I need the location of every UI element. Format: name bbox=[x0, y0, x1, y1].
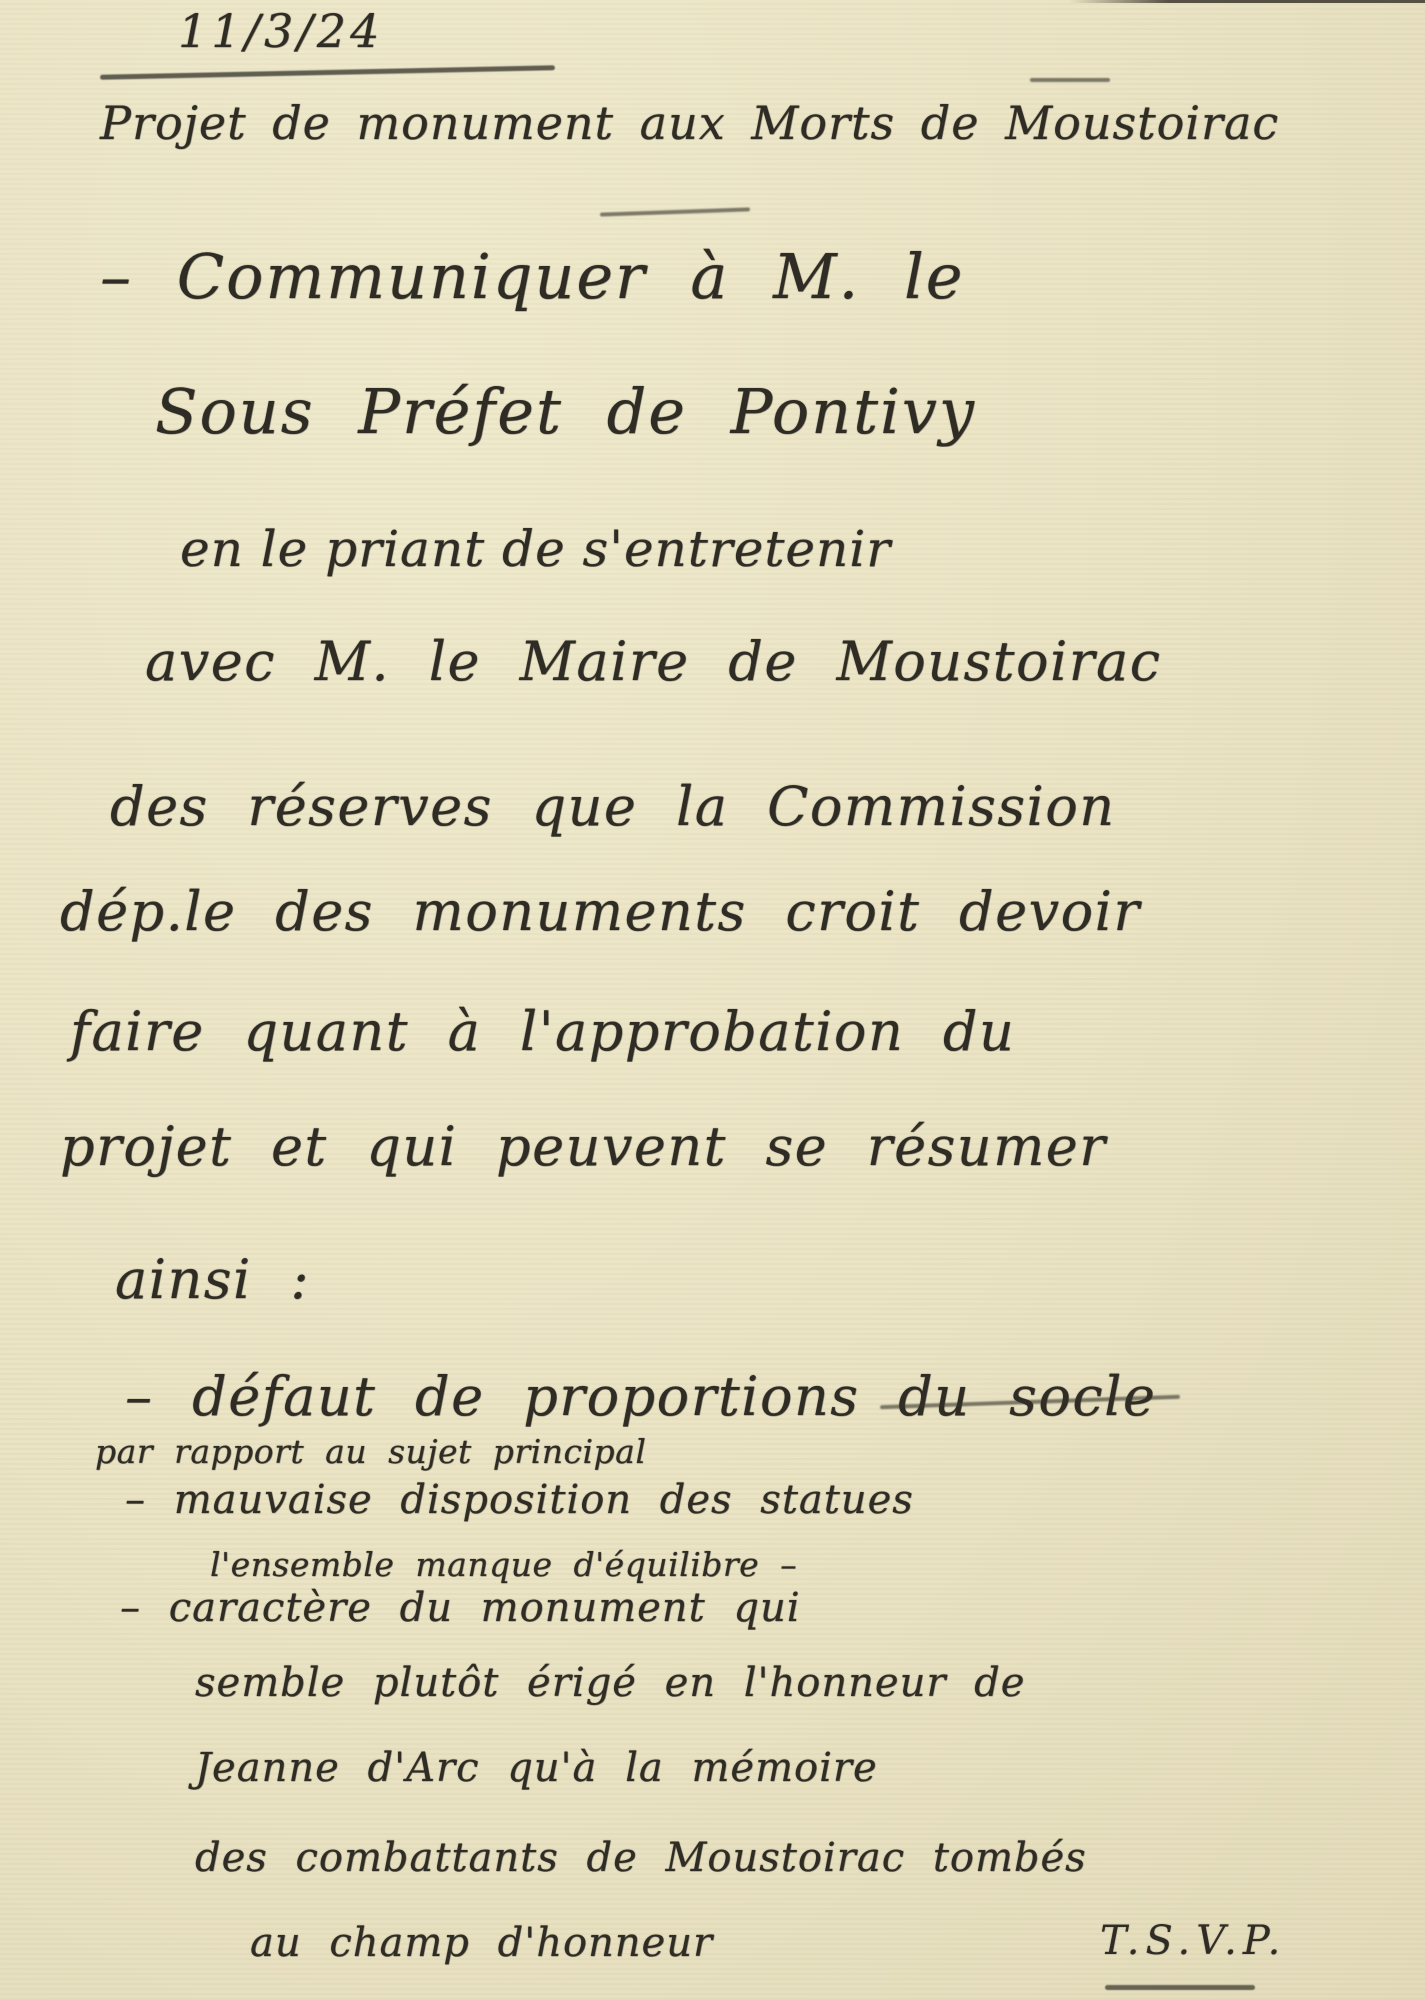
document-title: Projet de monument aux Morts de Moustoir… bbox=[100, 96, 1279, 150]
document-date: 11/3/24 bbox=[178, 4, 383, 58]
body-line: – Communiquer à M. le bbox=[100, 240, 965, 313]
list-item-line: au champ d'honneur bbox=[250, 1920, 713, 1966]
body-line: dép.le des monuments croit devoir bbox=[60, 880, 1141, 943]
list-item-line: semble plutôt érigé en l'honneur de bbox=[195, 1660, 1025, 1706]
list-item-line: – mauvaise disposition des statues bbox=[125, 1477, 914, 1523]
list-item-line: l'ensemble manque d'équilibre – bbox=[210, 1545, 797, 1584]
body-line: ainsi : bbox=[115, 1248, 310, 1311]
body-line: avec M. le Maire de Moustoirac bbox=[145, 630, 1162, 693]
pencil-stroke bbox=[600, 207, 750, 216]
body-line: faire quant à l'approbation du bbox=[70, 1000, 1015, 1063]
scan-edge bbox=[0, 0, 1425, 3]
turn-page-underline bbox=[1105, 1985, 1255, 1990]
list-item-line: des combattants de Moustoirac tombés bbox=[195, 1835, 1087, 1881]
body-line: projet et qui peuvent se résumer bbox=[60, 1115, 1107, 1178]
body-line: des réserves que la Commission bbox=[110, 775, 1116, 838]
body-line: Sous Préfet de Pontivy bbox=[155, 375, 976, 448]
body-line: en le priant de s'entretenir bbox=[180, 520, 891, 578]
date-underline bbox=[100, 65, 555, 80]
list-item-line: – défaut de proportions du socle bbox=[125, 1365, 1156, 1428]
pencil-stroke bbox=[1030, 78, 1110, 82]
turn-page-mark: T.S.V.P. bbox=[1100, 1918, 1286, 1964]
handwritten-page: 11/3/24 Projet de monument aux Morts de … bbox=[0, 0, 1425, 2000]
list-item-line: par rapport au sujet principal bbox=[95, 1432, 646, 1471]
list-item-line: – caractère du monument qui bbox=[120, 1585, 801, 1631]
list-item-line: Jeanne d'Arc qu'à la mémoire bbox=[195, 1745, 878, 1791]
